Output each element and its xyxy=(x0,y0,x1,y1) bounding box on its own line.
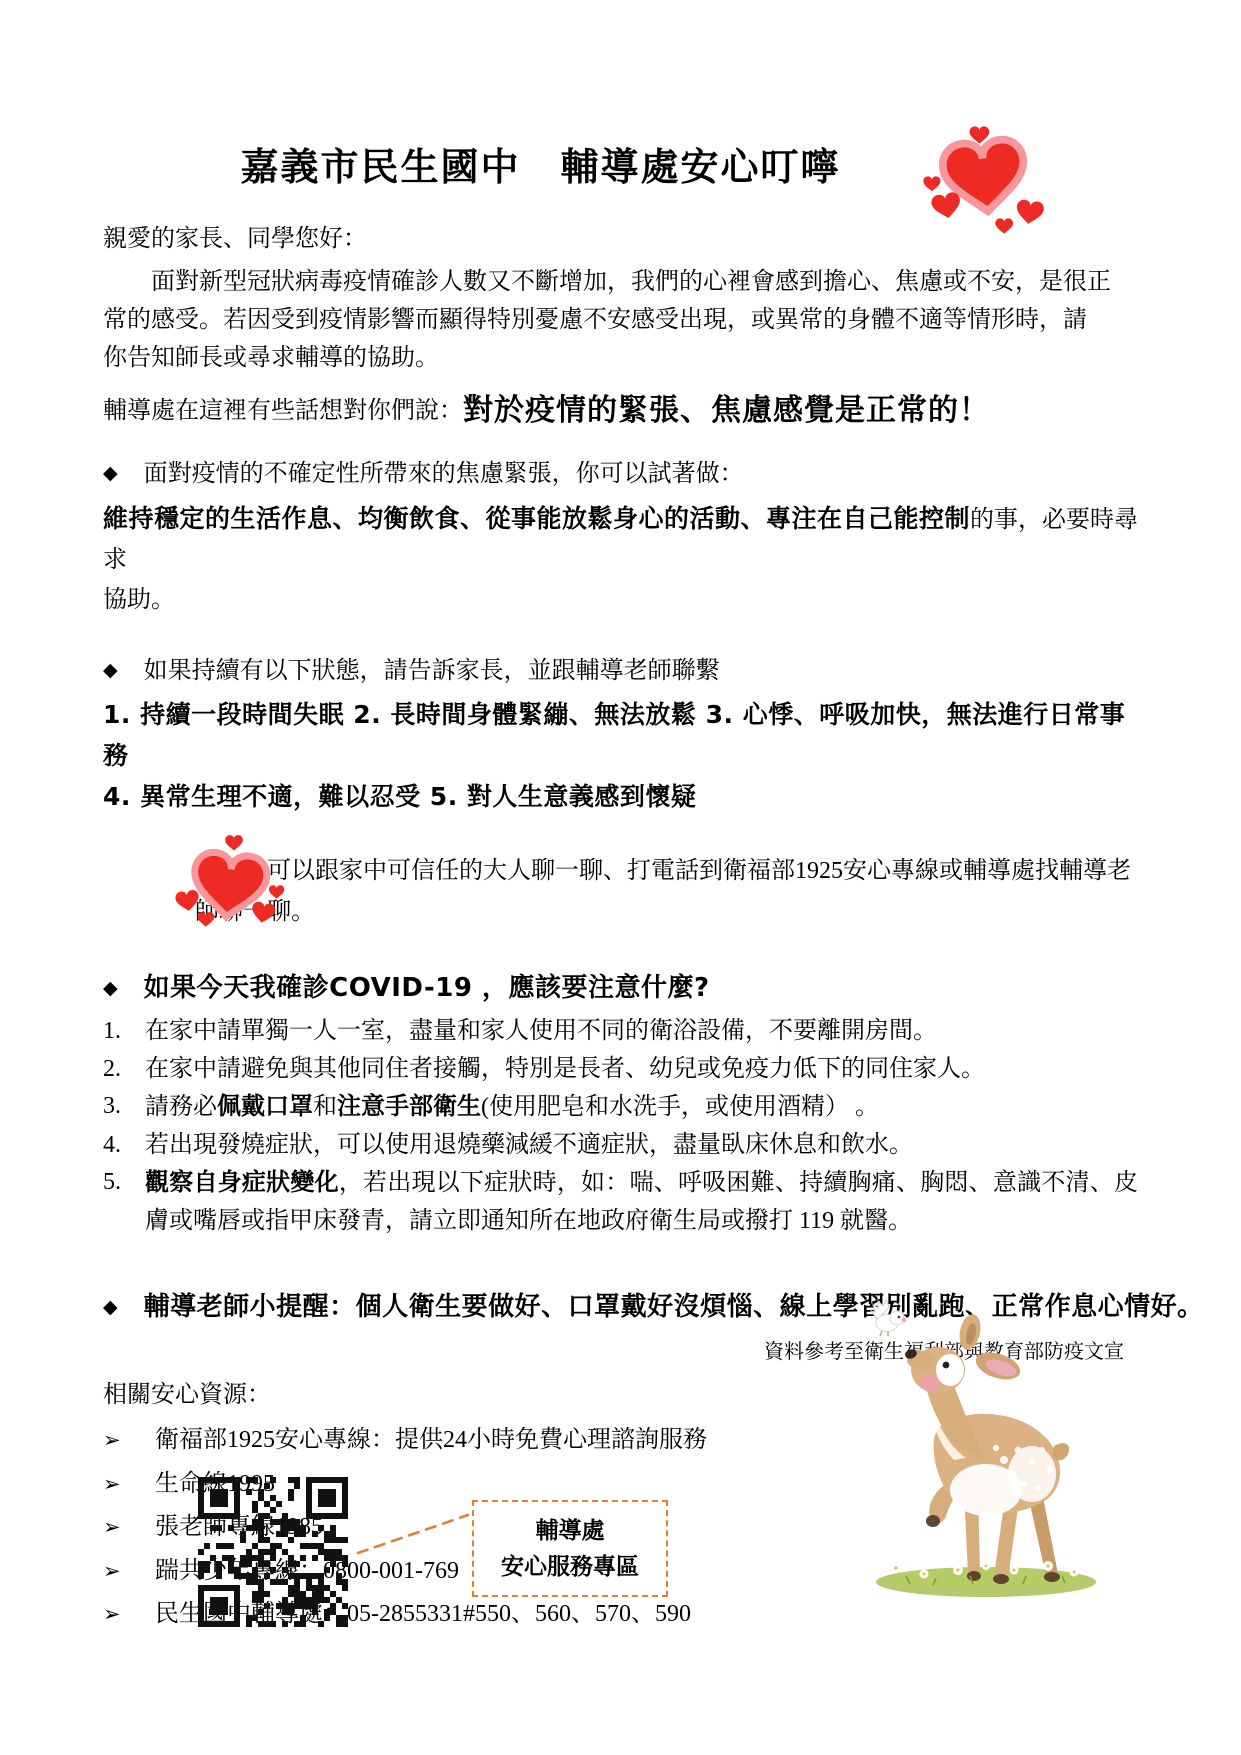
warning-heading: ◆如果持續有以下狀態，請告訴家長，並跟輔導老師聯繫 xyxy=(103,656,1138,686)
run-text: 和 xyxy=(313,1094,337,1120)
page-title: 嘉義市民生國中 輔導處安心叮嚀 xyxy=(103,0,1138,194)
intro-paragraph: 面對新型冠狀病毒疫情確診人數又不斷增加，我們的心裡會感到擔心、焦慮或不安，是很正… xyxy=(103,263,1138,377)
resource-text: 衛福部1925安心專線：提供24小時免費心理諮詢服務 xyxy=(155,1427,707,1453)
statement-line: 輔導處在這裡有些話想對你們說：對於疫情的緊張、焦慮感覺是正常的！ xyxy=(103,389,1138,433)
item-text: 若出現發燒症狀，可以使用退燒藥減緩不適症狀，盡量臥床休息和飲水。 xyxy=(145,1127,1138,1165)
fawn-with-bird-illustration xyxy=(866,1278,1110,1610)
highlight-text: 維持穩定的生活作息、均衡飲食、從事能放鬆身心的活動、專注在自己能控制 xyxy=(103,504,970,533)
diamond-bullet-icon: ◆ xyxy=(103,978,118,999)
heart-cluster-icon xyxy=(165,833,293,945)
highlight-text: 觀察自身症狀變化 xyxy=(145,1168,339,1196)
arrow-bullet-icon: ➢ xyxy=(103,1593,155,1637)
covid-heading: ◆如果今天我確診COVID-19 ，應該要注意什麼? xyxy=(103,973,1138,1004)
covid-item: 4.若出現發燒症狀，可以使用退燒藥減緩不適症狀，盡量臥床休息和飲水。 xyxy=(103,1127,1138,1165)
statement-prefix: 輔導處在這裡有些話想對你們說： xyxy=(103,398,463,424)
item-number: 4. xyxy=(103,1127,145,1165)
run-text: 若出現發燒症狀，可以使用退燒藥減緩不適症狀，盡量臥床休息和飲水。 xyxy=(145,1132,913,1158)
diamond-bullet-icon: ◆ xyxy=(103,463,118,484)
arrow-bullet-icon: ➢ xyxy=(103,1419,155,1463)
run-text: (使用肥皂和水洗手，或使用酒精） 。 xyxy=(481,1094,879,1120)
run-text: 請務必 xyxy=(145,1094,217,1120)
highlight-text: 佩戴口罩 xyxy=(217,1092,313,1120)
arrow-bullet-icon: ➢ xyxy=(103,1506,155,1550)
run-text: 在家中請單獨一人一室，盡量和家人使用不同的衛浴設備，不要離開房間。 xyxy=(145,1018,937,1044)
highlight-text: 注意手部衛生 xyxy=(337,1092,481,1120)
run-text: 在家中請避免與其他同住者接觸，特別是長者、幼兒或免疫力低下的同住家人。 xyxy=(145,1056,985,1082)
item-text: 觀察自身症狀變化，若出現以下症狀時，如：喘、呼吸困難、持續胸痛、胸悶、意識不清、… xyxy=(145,1164,1138,1240)
tips-heading-text: 面對疫情的不確定性所帶來的焦慮緊張，你可以試著做： xyxy=(144,461,744,487)
warning-heading-text: 如果持續有以下狀態，請告訴家長，並跟輔導老師聯繫 xyxy=(144,658,720,684)
diamond-bullet-icon: ◆ xyxy=(103,1297,118,1318)
covid-list: 1.在家中請單獨一人一室，盡量和家人使用不同的衛浴設備，不要離開房間。2.在家中… xyxy=(103,1013,1138,1240)
diamond-bullet-icon: ◆ xyxy=(103,660,118,681)
greeting-line: 親愛的家長、同學您好： xyxy=(103,224,1138,254)
item-number: 5. xyxy=(103,1164,145,1240)
covid-heading-text: 如果今天我確診COVID-19 ，應該要注意什麼? xyxy=(144,973,710,1003)
warning-symptom-list: 1. 持續一段時間失眠 2. 長時間身體緊繃、無法放鬆 3. 心悸、呼吸加快，無… xyxy=(103,694,1138,817)
tips-heading: ◆面對疫情的不確定性所帶來的焦慮緊張，你可以試著做： xyxy=(103,459,1138,489)
arrow-bullet-icon: ➢ xyxy=(103,1463,155,1507)
item-number: 3. xyxy=(103,1088,145,1127)
bird-icon xyxy=(871,1300,906,1336)
arrow-bullet-icon: ➢ xyxy=(103,1550,155,1594)
tips-body: 維持穩定的生活作息、均衡飲食、從事能放鬆身心的活動、專注在自己能控制的事，必要時… xyxy=(103,499,1138,620)
covid-item: 1.在家中請單獨一人一室，盡量和家人使用不同的衛浴設備，不要離開房間。 xyxy=(103,1013,1138,1051)
suggestion-paragraph: 建議您可以跟家中可信任的大人聊一聊、打電話到衛福部1925安心專線或輔導處找輔導… xyxy=(195,833,1138,933)
item-text: 在家中請單獨一人一室，盡量和家人使用不同的衛浴設備，不要離開房間。 xyxy=(145,1013,1138,1051)
item-text: 在家中請避免與其他同住者接觸，特別是長者、幼兒或免疫力低下的同住家人。 xyxy=(145,1051,1138,1089)
qr-code xyxy=(197,1473,349,1631)
qr-label-box: 輔導處 安心服務專區 xyxy=(472,1500,668,1597)
item-text: 請務必佩戴口罩和注意手部衛生(使用肥皂和水洗手，或使用酒精） 。 xyxy=(145,1088,1138,1127)
document-page: 嘉義市民生國中 輔導處安心叮嚀 親愛的家長、同學您好： 面對新型冠狀病毒疫情確診… xyxy=(0,0,1241,1755)
covid-item: 5.觀察自身症狀變化，若出現以下症狀時，如：喘、呼吸困難、持續胸痛、胸悶、意識不… xyxy=(103,1164,1138,1240)
covid-item: 3.請務必佩戴口罩和注意手部衛生(使用肥皂和水洗手，或使用酒精） 。 xyxy=(103,1088,1138,1127)
dashed-pointer-line xyxy=(352,1505,474,1560)
item-number: 2. xyxy=(103,1051,145,1089)
covid-item: 2.在家中請避免與其他同住者接觸，特別是長者、幼兒或免疫力低下的同住家人。 xyxy=(103,1051,1138,1089)
suggestion-section: 建議您可以跟家中可信任的大人聊一聊、打電話到衛福部1925安心專線或輔導處找輔導… xyxy=(103,833,1138,945)
statement-highlight: 對於疫情的緊張、焦慮感覺是正常的！ xyxy=(463,393,990,428)
item-number: 1. xyxy=(103,1013,145,1051)
